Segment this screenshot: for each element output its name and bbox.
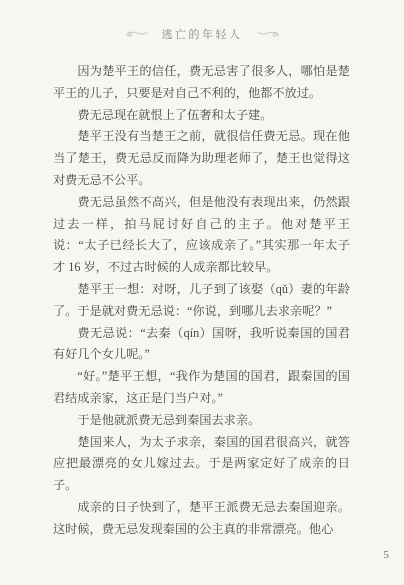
book-page: 逃亡的年轻人 因为楚平王的信任，费无忌害了很多人，哪怕是楚平王的儿子，只要是对自… <box>0 0 404 585</box>
paragraph: 楚平王没有当楚王之前，就很信任费无忌。现在他当了楚王，费无忌反而降为助理老师了，… <box>53 126 350 191</box>
paragraph: 成亲的日子快到了，楚平王派费无忌去秦国迎亲。这时候，费无忌发现秦国的公主真的非常… <box>53 497 350 541</box>
paragraph: 费无忌说：“去秦（qín）国呀，我听说秦国的国君有好几个女儿呢。” <box>53 323 350 367</box>
paragraph: 楚国来人，为太子求亲，秦国的国君很高兴，就答应把最漂亮的女儿嫁过去。于是两家定好… <box>53 432 350 497</box>
paragraph: 因为楚平王的信任，费无忌害了很多人，哪怕是楚平王的儿子，只要是对自己不利的，他都… <box>53 61 350 105</box>
paragraph: 楚平王一想：对呀，儿子到了该娶（qǔ）妻的年龄了。于是就对费无忌说：“你说，到哪… <box>53 279 350 323</box>
swash-flourish-right-icon <box>256 29 280 39</box>
swash-flourish-left-icon <box>125 29 149 39</box>
paragraph: 费无忌虽然不高兴，但是他没有表现出来，仍然跟过去一样，拍马屁讨好自己的主子。他对… <box>53 192 350 279</box>
chapter-title: 逃亡的年轻人 <box>162 26 243 42</box>
story-text: 因为楚平王的信任，费无忌害了很多人，哪怕是楚平王的儿子，只要是对自己不利的，他都… <box>53 61 350 541</box>
paragraph: 于是他就派费无忌到秦国去求亲。 <box>53 410 350 432</box>
paragraph: 费无忌现在就恨上了伍奢和太子建。 <box>53 105 350 127</box>
page-number: 5 <box>384 549 390 561</box>
running-header: 逃亡的年轻人 <box>0 26 404 42</box>
paragraph: “好。”楚平王想，“我作为楚国的国君，跟秦国的国君结成亲家，这正是门当户对。” <box>53 366 350 410</box>
